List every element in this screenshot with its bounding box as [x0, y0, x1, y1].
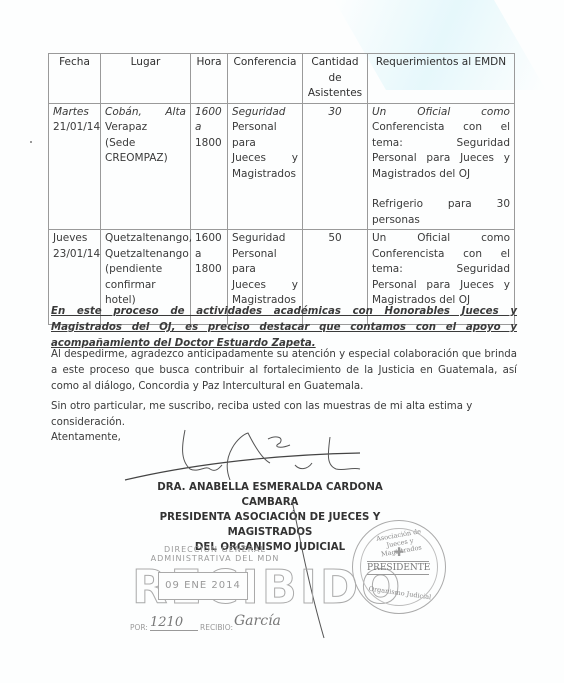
cell-requerimientos: Un Oficial como Conferencista con el tem…: [368, 103, 515, 230]
scan-speck: [30, 141, 32, 143]
cell-conferencia: Seguridad Personal para Jueces y Magistr…: [228, 103, 303, 230]
seal-top-text: Asociación de Jueces y Magistrados: [365, 525, 434, 560]
stamp-recibio-label: RECIBIO:: [200, 623, 233, 632]
association-seal: Asociación de Jueces y Magistrados ✚ PRE…: [352, 520, 446, 614]
signatory-name: DRA. ANABELLA ESMERALDA CARDONA CAMBARA: [145, 480, 395, 510]
header-conferencia: Conferencia: [228, 54, 303, 104]
stamp-recibio-value: García: [234, 613, 281, 629]
signatory-title: PRESIDENTA ASOCIACIÓN DE JUECES Y MAGIST…: [145, 510, 395, 540]
stamp-por-label: POR:: [130, 623, 148, 632]
header-fecha: Fecha: [49, 54, 101, 104]
table-row: Martes 21/01/14 Cobán, Alta Verapaz (Sed…: [49, 103, 515, 230]
header-lugar: Lugar: [101, 54, 191, 104]
emphasis-paragraph: En este proceso de actividades académica…: [51, 304, 517, 352]
cell-hora: 1600 a 1800: [191, 103, 228, 230]
seal-cross-icon: ✚: [353, 545, 445, 559]
table-header-row: Fecha Lugar Hora Conferencia Cantidad de…: [49, 54, 515, 104]
cell-lugar: Cobán, Alta Verapaz (Sede CREOMPAZ): [101, 103, 191, 230]
schedule-table: Fecha Lugar Hora Conferencia Cantidad de…: [48, 53, 515, 325]
closing-paragraph: Al despedirme, agradezco anticipadamente…: [51, 347, 517, 395]
header-hora: Hora: [191, 54, 228, 104]
cell-asistentes: 30: [303, 103, 368, 230]
handwritten-signature: [120, 425, 380, 485]
received-stamp: DIRECCIÓN GENERAL ADMINISTRATIVA DEL MDN…: [130, 545, 290, 640]
cell-fecha: Martes 21/01/14: [49, 103, 101, 230]
seal-center-text: PRESIDENTE: [367, 561, 429, 575]
header-asistentes: Cantidad de Asistentes: [303, 54, 368, 104]
stamp-por-value: 1210: [150, 615, 198, 631]
seal-bottom-text: Organismo Judicial: [367, 584, 433, 601]
stamp-date: 09 ENE 2014: [158, 572, 248, 600]
stamp-header-line1: DIRECCIÓN GENERAL: [150, 545, 280, 554]
header-requerimientos: Requerimientos al EMDN: [368, 54, 515, 104]
